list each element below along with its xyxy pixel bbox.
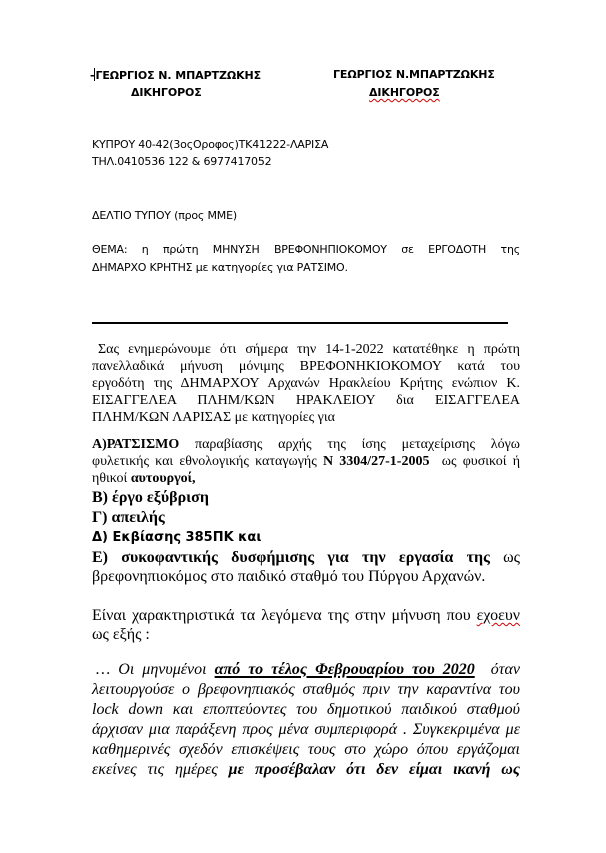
quote-line-6: εκείνες τις ημέρες με προσέβαλαν ότι δεν… bbox=[92, 760, 520, 779]
header-left-name: -ΓΕΩΡΓΙΟΣ Ν. ΜΠΑΡΤΖΩΚΗΣ bbox=[90, 68, 261, 82]
quote-intro-line-2: ως εξής : bbox=[92, 625, 150, 644]
quote-intro-line-1: Είναι χαρακτηριστικά τα λεγόμενα της στη… bbox=[92, 606, 520, 625]
quote-line-1: … Οι μηνυμένοι από το τέλος Φεβρουαρίου … bbox=[96, 660, 520, 679]
charge-e-line-2: βρεφονηπιοκόμος στο παιδικό σταθμό του Π… bbox=[92, 567, 485, 586]
horizontal-rule bbox=[92, 322, 508, 324]
intro-line-2: πανελλαδικά μήνυση μόνιμης ΒΡΕΦΟΝΗΚΙΟΚΟΜ… bbox=[92, 358, 520, 375]
document-type: ΔΕΛΤΙΟ ΤΥΠΟΥ (προς ΜΜΕ) bbox=[92, 209, 237, 222]
quote-line-2: λειτουργούσε ο βρεφονηπιακός σταθμός πρι… bbox=[92, 680, 520, 699]
intro-line-5: ΠΛΗΜ/ΚΩΝ ΛΑΡΙΣΑΣ με κατηγορίες για bbox=[92, 409, 335, 426]
charge-a-line-2: φυλετικής και εθνολογικής καταγωγής Ν 33… bbox=[92, 453, 520, 470]
document-page: -ΓΕΩΡΓΙΟΣ Ν. ΜΠΑΡΤΖΩΚΗΣ ΔΙΚΗΓΟΡΟΣ ΓΕΩΡΓΙ… bbox=[0, 0, 606, 853]
charge-d: Δ) Εκβίασης 385ΠΚ και bbox=[92, 528, 261, 547]
quote-line-5: καθημερινές σχεδόν επισκέψεις τους στο χ… bbox=[92, 740, 520, 759]
subject-line-1: ΘΕΜΑ: η πρώτη ΜΗΝΥΣΗ ΒΡΕΦΟΝΗΠΙΟΚΟΜΟΥ σε … bbox=[92, 243, 520, 256]
header-right-title: ΔΙΚΗΓΟΡΟΣ bbox=[369, 86, 440, 99]
subject-line-2: ΔΗΜΑΡΧΟ ΚΡΗΤΗΣ με κατηγορίες για ΡΑΤΣΙΜΟ… bbox=[92, 261, 348, 274]
address-phone: ΤΗΛ.0410536 122 & 6977417052 bbox=[92, 155, 271, 168]
header-right-name: ΓΕΩΡΓΙΟΣ Ν.ΜΠΑΡΤΖΩΚΗΣ bbox=[333, 68, 495, 81]
intro-line-3: εργοδότη της ΔΗΜΑΡΧΟΥ Αρχανών Ηρακλείου … bbox=[92, 375, 520, 392]
charge-a-line-1: Α)ΡΑΤΣΙΣΜΟ παραβίασης αρχής της ίσης μετ… bbox=[92, 436, 520, 453]
charge-a-line-3: ηθικοί αυτουργοί, bbox=[92, 470, 196, 487]
charge-e-line-1: Ε) συκοφαντικής δυσφήμισης για την εργασ… bbox=[92, 548, 520, 567]
intro-line-4: ΕΙΣΑΓΓΕΛΕΑ ΠΛΗΜ/ΚΩΝ ΗΡΑΚΛΕΙΟΥ δια ΕΙΣΑΓΓ… bbox=[92, 392, 520, 409]
intro-line-1: Σας ενημερώνουμε ότι σήμερα την 14-1-202… bbox=[98, 341, 520, 358]
charge-b: Β) έργο εξύβριση bbox=[92, 488, 209, 507]
address-street: ΚΥΠΡΟΥ 40-42(3οςΟροφος)ΤΚ41222-ΛΑΡΙΣΑ bbox=[92, 138, 328, 151]
quote-line-4: άρχισαν μια παράξενη προς μένα συμπεριφο… bbox=[92, 720, 520, 739]
quote-line-3: lock down και εποπτεύοντες του δημοτικού… bbox=[92, 700, 520, 719]
header-left-title: ΔΙΚΗΓΟΡΟΣ bbox=[131, 86, 202, 99]
charge-c: Γ) απειλής bbox=[92, 508, 165, 527]
